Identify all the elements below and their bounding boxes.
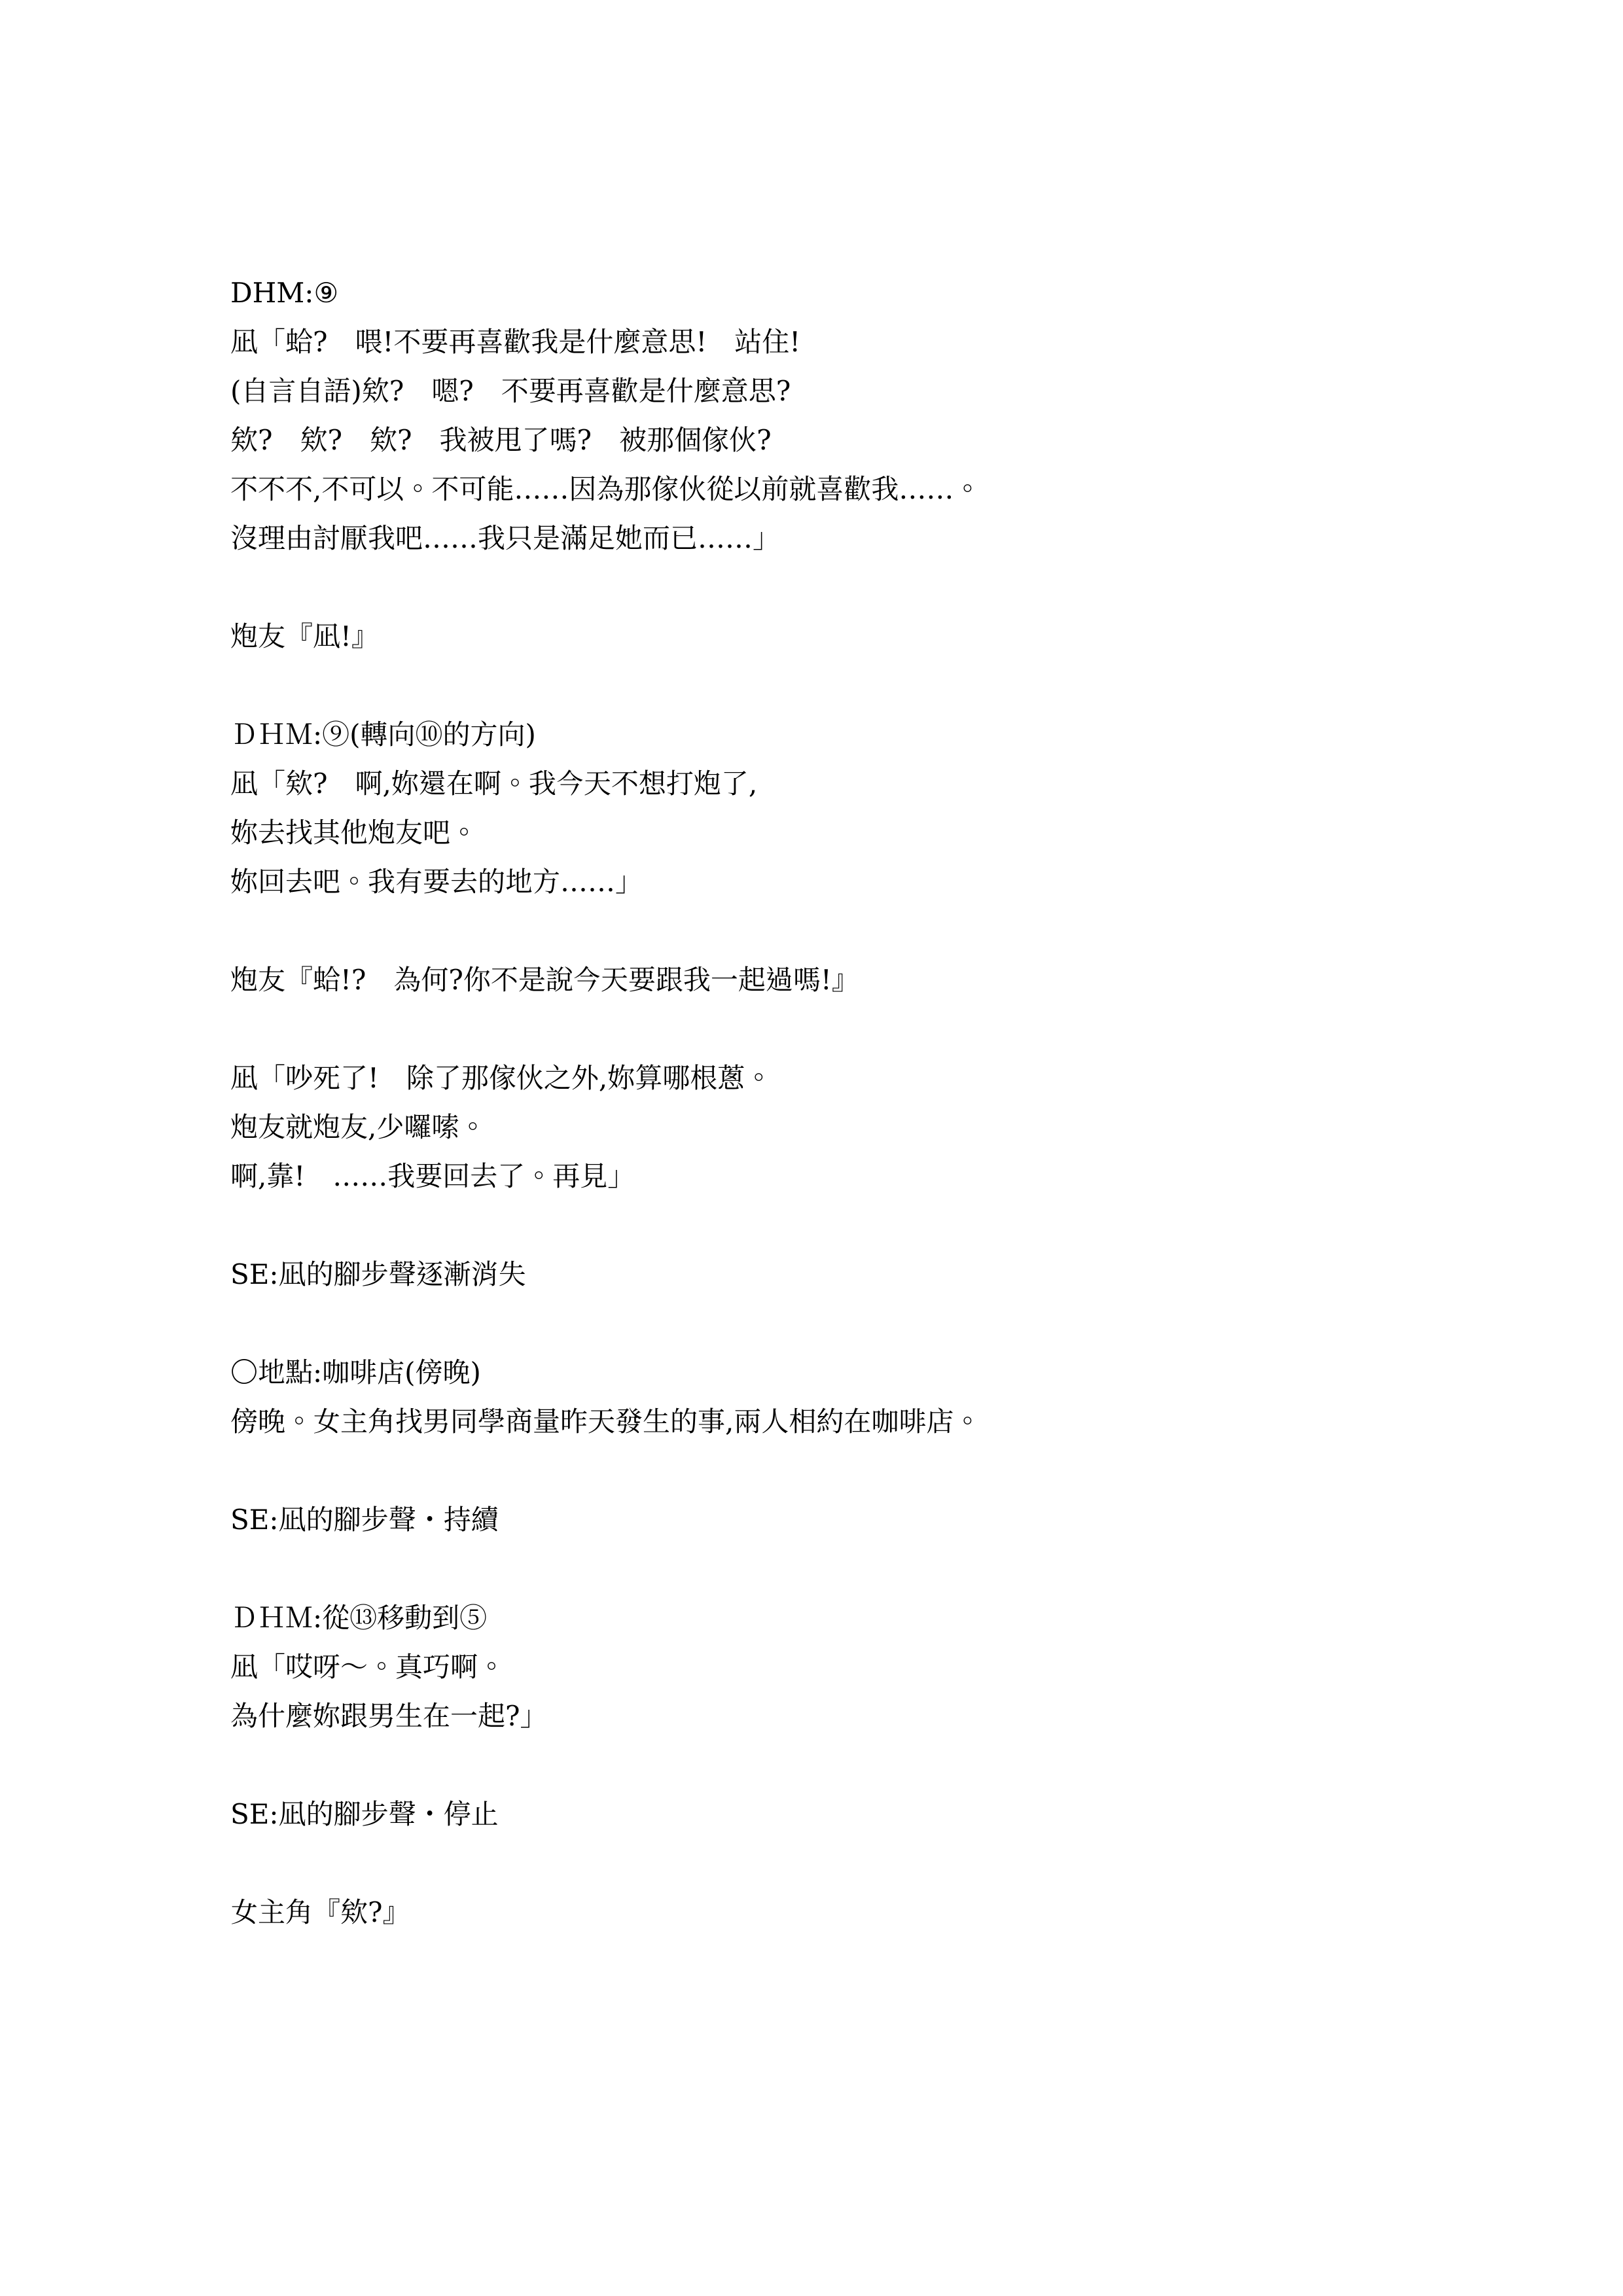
script-line: 凪「哎呀〜。真巧啊。 — [230, 1642, 1474, 1691]
script-line — [230, 1201, 1474, 1250]
script-line — [230, 1446, 1474, 1495]
script-line: ＤＨＭ:從⑬移動到⑤ — [230, 1593, 1474, 1642]
script-line — [230, 1544, 1474, 1593]
script-line: 炮友就炮友,少囉嗦。 — [230, 1103, 1474, 1152]
page: { "colors": { "background": "#ffffff", "… — [0, 0, 1623, 2296]
script-line: 〇地點:咖啡店(傍晚) — [230, 1348, 1474, 1397]
script-line: SE:凪的腳步聲逐漸消失 — [230, 1250, 1474, 1299]
script-line — [230, 1299, 1474, 1348]
script-line — [230, 1004, 1474, 1053]
script-line: 傍晚。女主角找男同學商量昨天發生的事,兩人相約在咖啡店。 — [230, 1397, 1474, 1446]
script-line: 妳去找其他炮友吧。 — [230, 808, 1474, 857]
script-line: (自言自語)欸? 嗯? 不要再喜歡是什麼意思? — [230, 366, 1474, 415]
script-line: 凪「蛤? 喂!不要再喜歡我是什麼意思! 站住! — [230, 317, 1474, 366]
script-line — [230, 906, 1474, 955]
script-line: 不不不,不可以。不可能……因為那傢伙從以前就喜歡我……。 — [230, 465, 1474, 514]
script-line: 沒理由討厭我吧……我只是滿足她而已……」 — [230, 514, 1474, 563]
script-line: 為什麼妳跟男生在一起?」 — [230, 1691, 1474, 1740]
script-line: 啊,靠! ……我要回去了。再見」 — [230, 1152, 1474, 1201]
script-line: 欸? 欸? 欸? 我被甩了嗎? 被那個傢伙? — [230, 415, 1474, 465]
script-line — [230, 1839, 1474, 1888]
script-line — [230, 661, 1474, 710]
script-line: 凪「欸? 啊,妳還在啊。我今天不想打炮了, — [230, 759, 1474, 808]
script-line: 妳回去吧。我有要去的地方……」 — [230, 857, 1474, 906]
script-line — [230, 563, 1474, 612]
script-line: SE:凪的腳步聲・停止 — [230, 1790, 1474, 1839]
script-text-block: DHM:⑨凪「蛤? 喂!不要再喜歡我是什麼意思! 站住!(自言自語)欸? 嗯? … — [230, 268, 1474, 1937]
script-line: 女主角『欸?』 — [230, 1888, 1474, 1937]
script-line: 炮友『蛤!? 為何?你不是說今天要跟我一起過嗎!』 — [230, 955, 1474, 1004]
script-line: SE:凪的腳步聲・持續 — [230, 1495, 1474, 1544]
script-line: 凪「吵死了! 除了那傢伙之外,妳算哪根蔥。 — [230, 1053, 1474, 1103]
script-line — [230, 1740, 1474, 1790]
script-line: DHM:⑨ — [230, 268, 1474, 317]
script-line: 炮友『凪!』 — [230, 612, 1474, 661]
script-line: ＤＨＭ:⑨(轉向⑩的方向) — [230, 710, 1474, 759]
script-page-sheet: DHM:⑨凪「蛤? 喂!不要再喜歡我是什麼意思! 站住!(自言自語)欸? 嗯? … — [0, 0, 1623, 2296]
